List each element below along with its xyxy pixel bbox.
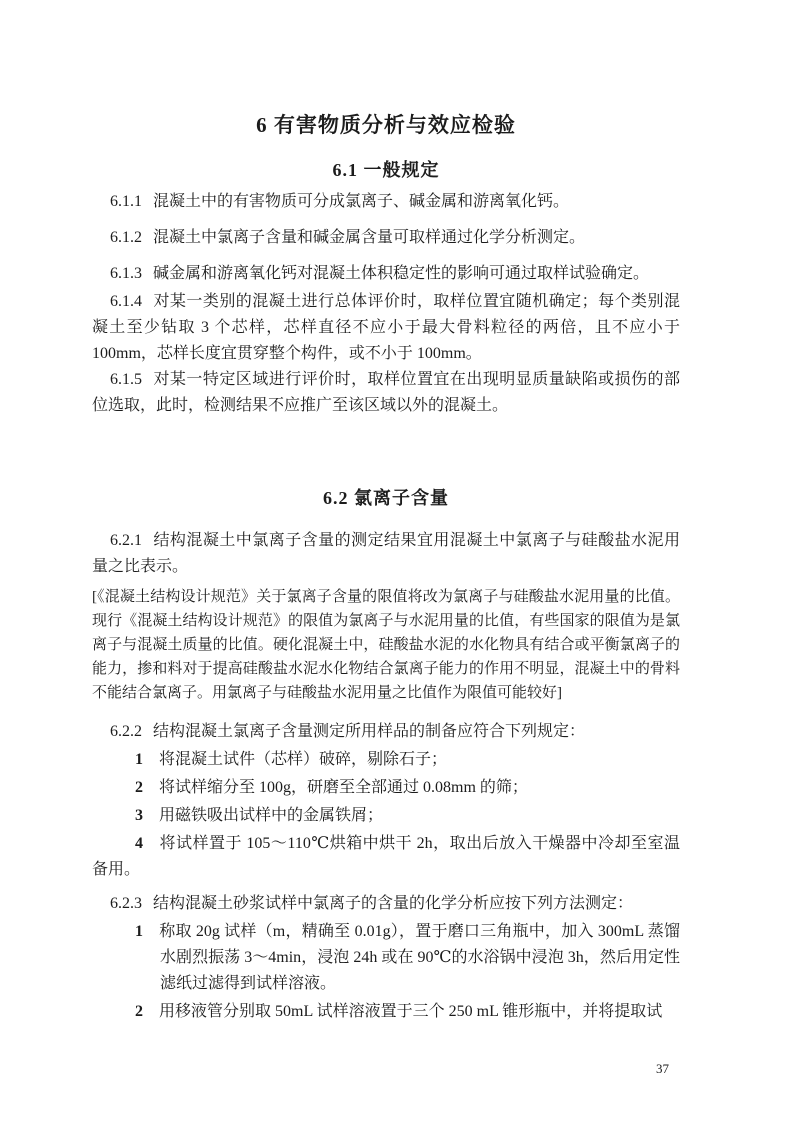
clause-6-1-4: 6.1.4对某一类别的混凝土进行总体评价时，取样位置宜随机确定；每个类别混凝土至… — [92, 289, 680, 367]
clause-number: 6.2.3 — [110, 895, 142, 912]
clause-text: 结构混凝土氯离子含量测定所用样品的制备应符合下列规定： — [153, 723, 585, 740]
document-page: 6 有害物质分析与效应检验 6.1 一般规定 6.1.1混凝土中的有害物质可分成… — [0, 0, 794, 1123]
clause-text: 混凝土中氯离子含量和碱金属含量可取样通过化学分析测定。 — [153, 229, 585, 246]
clause-text: 对某一类别的混凝土进行总体评价时，取样位置宜随机确定；每个类别混凝土至少钻取 3… — [92, 293, 680, 362]
list-item-623-1: 1称取 20g 试样（m，精确至 0.01g），置于磨口三角瓶中，加入 300m… — [92, 919, 680, 997]
item-text: 将试样缩分至 100g，研磨至全部通过 0.08mm 的筛； — [159, 779, 528, 796]
clause-number: 6.1.4 — [110, 293, 142, 310]
clause-6-2-3: 6.2.3结构混凝土砂浆试样中氯离子的含量的化学分析应按下列方法测定： — [92, 891, 680, 917]
clause-number: 6.1.5 — [110, 371, 142, 388]
text-column: 6 有害物质分析与效应检验 6.1 一般规定 6.1.1混凝土中的有害物质可分成… — [92, 0, 680, 1025]
item-text: 用磁铁吸出试样中的金属铁屑； — [159, 807, 383, 824]
item-text: 用移液管分别取 50mL 试样溶液置于三个 250 mL 锥形瓶中，并将提取试 — [159, 1003, 662, 1020]
clause-number: 6.2.2 — [110, 723, 142, 740]
clause-number: 6.1.3 — [110, 265, 142, 282]
clause-6-1-3: 6.1.3碱金属和游离氧化钙对混凝土体积稳定性的影响可通过取样试验确定。 — [92, 261, 680, 287]
clause-6-1-2: 6.1.2混凝土中氯离子含量和碱金属含量可取样通过化学分析测定。 — [92, 225, 680, 251]
list-item-622-1: 1将混凝土试件（芯样）破碎，剔除石子； — [92, 747, 680, 773]
clause-text: 对某一特定区域进行评价时，取样位置宜在出现明显质量缺陷或损伤的部位选取，此时，检… — [92, 371, 680, 414]
clause-text: 碱金属和游离氧化钙对混凝土体积稳定性的影响可通过取样试验确定。 — [153, 265, 649, 282]
clause-number: 6.2.1 — [110, 532, 142, 549]
item-number: 3 — [135, 807, 143, 824]
clause-text: 混凝土中的有害物质可分成氯离子、碱金属和游离氧化钙。 — [153, 193, 569, 210]
clause-6-2-2: 6.2.2结构混凝土氯离子含量测定所用样品的制备应符合下列规定： — [92, 719, 680, 745]
clause-6-1-1: 6.1.1混凝土中的有害物质可分成氯离子、碱金属和游离氧化钙。 — [92, 189, 680, 215]
item-number: 2 — [135, 1003, 143, 1020]
item-number: 1 — [135, 923, 143, 940]
item-number: 2 — [135, 779, 143, 796]
page-number: 37 — [656, 1061, 669, 1077]
section-61-heading: 6.1 一般规定 — [92, 157, 680, 183]
clause-text: 结构混凝土砂浆试样中氯离子的含量的化学分析应按下列方法测定： — [153, 895, 633, 912]
section-62-heading: 6.2 氯离子含量 — [92, 485, 680, 511]
commentary-note: [《混凝土结构设计规范》关于氯离子含量的限值将改为氯离子与硅酸盐水泥用量的比值。… — [92, 585, 680, 705]
clause-6-1-5: 6.1.5对某一特定区域进行评价时，取样位置宜在出现明显质量缺陷或损伤的部位选取… — [92, 367, 680, 419]
item-text: 将试样置于 105～110℃烘箱中烘干 2h，取出后放入干燥器中冷却至室温备用。 — [92, 835, 680, 878]
list-item-622-3: 3用磁铁吸出试样中的金属铁屑； — [92, 803, 680, 829]
clause-number: 6.1.1 — [110, 193, 142, 210]
list-item-622-2: 2将试样缩分至 100g，研磨至全部通过 0.08mm 的筛； — [92, 775, 680, 801]
list-item-623-2: 2用移液管分别取 50mL 试样溶液置于三个 250 mL 锥形瓶中，并将提取试 — [92, 999, 680, 1025]
clause-text: 结构混凝土中氯离子含量的测定结果宜用混凝土中氯离子与硅酸盐水泥用量之比表示。 — [92, 532, 680, 575]
list-item-622-4: 4将试样置于 105～110℃烘箱中烘干 2h，取出后放入干燥器中冷却至室温备用… — [92, 831, 680, 883]
item-number: 4 — [135, 835, 143, 852]
chapter-title: 6 有害物质分析与效应检验 — [92, 110, 680, 140]
clause-6-2-1: 6.2.1结构混凝土中氯离子含量的测定结果宜用混凝土中氯离子与硅酸盐水泥用量之比… — [92, 528, 680, 580]
clause-number: 6.1.2 — [110, 229, 142, 246]
item-number: 1 — [135, 751, 143, 768]
item-text: 将混凝土试件（芯样）破碎，剔除石子； — [159, 751, 447, 768]
item-text: 称取 20g 试样（m，精确至 0.01g），置于磨口三角瓶中，加入 300mL… — [159, 923, 680, 992]
